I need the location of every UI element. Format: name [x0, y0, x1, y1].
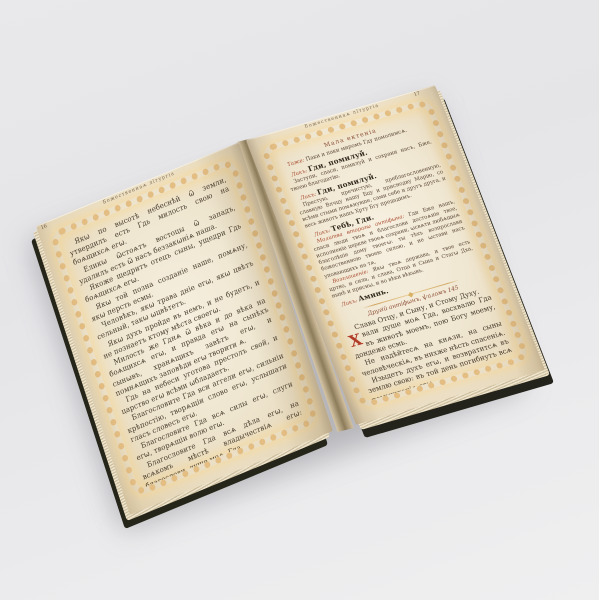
dropcap-letter: Х — [347, 333, 364, 349]
open-book-photo: 16 Божественнаѧ лїтургіа Якѡ по высотѣ н… — [0, 0, 599, 600]
rubric-prefix: Ликъ: — [340, 297, 359, 308]
